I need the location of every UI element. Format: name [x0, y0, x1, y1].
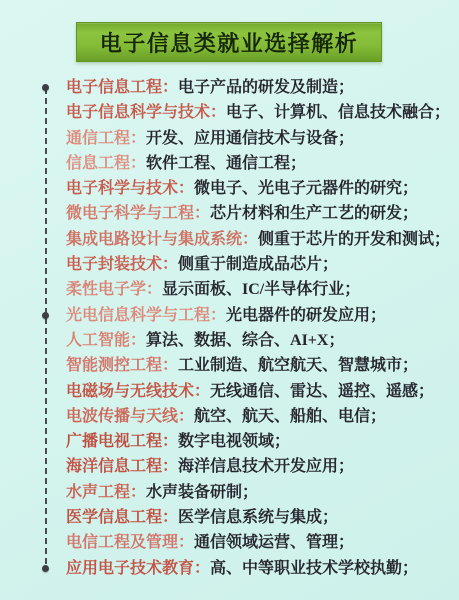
- list-item: 信息工程：软件工程、通信工程；: [66, 151, 456, 176]
- major-description: 侧重于芯片的开发和测试；: [258, 231, 450, 248]
- list-item: 电子信息工程：电子产品的研发及制造；: [66, 75, 456, 100]
- list-item: 柔性电子学：显示面板、IC/半导体行业；: [66, 277, 456, 302]
- list-item: 电子科学与技术：微电子、光电子元器件的研究；: [66, 176, 456, 201]
- major-description: 航空、航天、船舶、电信；: [194, 408, 386, 425]
- list-item: 人工智能：算法、数据、综合、AI+X；: [66, 328, 456, 353]
- title-banner: 电子信息类就业选择解析: [76, 22, 382, 62]
- major-name: 医学信息工程：: [66, 509, 178, 526]
- major-description: 海洋信息技术开发应用；: [178, 458, 354, 475]
- major-description: 电子、计算机、信息技术融合；: [226, 104, 450, 121]
- major-name: 光电信息科学与工程：: [66, 307, 226, 324]
- major-name: 通信工程：: [66, 130, 146, 147]
- major-name: 水声工程：: [66, 484, 146, 501]
- major-name: 电波传播与天线：: [66, 408, 194, 425]
- major-name: 电子信息科学与技术：: [66, 104, 226, 121]
- major-name: 广播电视工程：: [66, 433, 178, 450]
- list-item: 集成电路设计与集成系统：侧重于芯片的开发和测试；: [66, 227, 456, 252]
- major-description: 无线通信、雷达、遥控、遥感；: [210, 383, 434, 400]
- list-item: 医学信息工程：医学信息系统与集成；: [66, 505, 456, 530]
- major-description: 电子产品的研发及制造；: [178, 79, 354, 96]
- bullet-dot-icon: [42, 312, 49, 319]
- major-description: 高、中等职业技术学校执勤；: [210, 560, 418, 577]
- bullet-dot-icon: [42, 565, 49, 572]
- major-description: 光电器件的研发应用；: [226, 307, 386, 324]
- major-name: 电磁场与无线技术：: [66, 383, 210, 400]
- list-item: 通信工程：开发、应用通信技术与设备；: [66, 126, 456, 151]
- major-description: 侧重于制造成品芯片；: [178, 256, 338, 273]
- list-item: 海洋信息工程：海洋信息技术开发应用；: [66, 454, 456, 479]
- list-item: 微电子科学与工程：芯片材料和生产工艺的研发；: [66, 201, 456, 226]
- list-item: 电磁场与无线技术：无线通信、雷达、遥控、遥感；: [66, 379, 456, 404]
- list-item: 电波传播与天线：航空、航天、船舶、电信；: [66, 404, 456, 429]
- major-description: 数字电视领域；: [178, 433, 290, 450]
- major-name: 柔性电子学：: [66, 281, 162, 298]
- list-item: 电子信息科学与技术：电子、计算机、信息技术融合；: [66, 100, 456, 125]
- list-item: 应用电子技术教育：高、中等职业技术学校执勤；: [66, 556, 456, 581]
- major-name: 应用电子技术教育：: [66, 560, 210, 577]
- major-name: 集成电路设计与集成系统：: [66, 231, 258, 248]
- major-description: 软件工程、通信工程；: [146, 155, 306, 172]
- major-name: 海洋信息工程：: [66, 458, 178, 475]
- list-item: 光电信息科学与工程：光电器件的研发应用；: [66, 303, 456, 328]
- major-name: 微电子科学与工程：: [66, 205, 210, 222]
- major-description: 通信领域运营、管理；: [194, 534, 354, 551]
- major-description: 显示面板、IC/半导体行业；: [162, 281, 360, 298]
- list-item: 电子封装技术：侧重于制造成品芯片；: [66, 252, 456, 277]
- list-item: 电信工程及管理：通信领域运营、管理；: [66, 530, 456, 555]
- major-description: 微电子、光电子元器件的研究；: [194, 180, 418, 197]
- career-poster: 电子信息类就业选择解析 电子信息工程：电子产品的研发及制造； 电子信息科学与技术…: [0, 0, 459, 600]
- bullet-dot-icon: [42, 84, 49, 91]
- list-item: 水声工程：水声装备研制；: [66, 480, 456, 505]
- major-name: 电子信息工程：: [66, 79, 178, 96]
- major-name: 智能测控工程：: [66, 357, 178, 374]
- timeline-dashed-line: [45, 88, 47, 564]
- major-description: 水声装备研制；: [146, 484, 258, 501]
- major-description: 工业制造、航空航天、智慧城市；: [178, 357, 418, 374]
- major-name: 电信工程及管理：: [66, 534, 194, 551]
- major-description: 芯片材料和生产工艺的研发；: [210, 205, 418, 222]
- page-title: 电子信息类就业选择解析: [100, 27, 359, 58]
- major-name: 信息工程：: [66, 155, 146, 172]
- major-description: 开发、应用通信技术与设备；: [146, 130, 354, 147]
- major-list: 电子信息工程：电子产品的研发及制造； 电子信息科学与技术：电子、计算机、信息技术…: [66, 75, 456, 581]
- major-description: 医学信息系统与集成；: [178, 509, 338, 526]
- major-name: 电子科学与技术：: [66, 180, 194, 197]
- list-item: 广播电视工程：数字电视领域；: [66, 429, 456, 454]
- major-description: 算法、数据、综合、AI+X；: [146, 332, 344, 349]
- major-name: 人工智能：: [66, 332, 146, 349]
- major-name: 电子封装技术：: [66, 256, 178, 273]
- list-item: 智能测控工程：工业制造、航空航天、智慧城市；: [66, 353, 456, 378]
